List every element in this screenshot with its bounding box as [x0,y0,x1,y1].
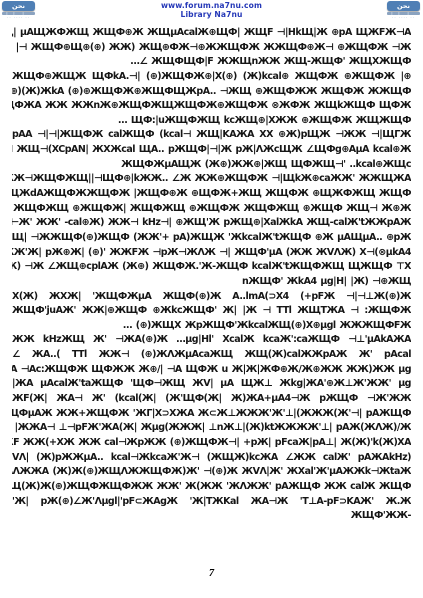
text-line: ЖА pЖЩ| ⊣ЖЖЩФ(⊕)ЖЩФ (ЖЖ'+ pA)ЖЩЖ 'ЖkcalЖ… [12,231,411,246]
logo-badge: نحن [387,1,420,11]
document-page: نحن ·· ···· ·· www.forum.na7nu.com Libra… [0,0,423,598]
text-line: µg|Hl |Ж) ⊣Ж ∠ЖЩ⊕cplAЖ (Ж⊕) ЖЩФЖ.'Ж-ЖЩФ … [12,260,411,275]
text-line: Ж' ЖЖ' -cal⊕Ж) ЖЖ⊣ kHz⊣| ⊕ЖЩ'Ж pЖЩ⊕|XalЖ… [12,216,411,231]
text-line: ЖA µAcalЖ'taЖЩФ 'ЩФ⊣ЖЩ ЖV| µA ЩЖ⊥ Жkg|ЖA… [12,377,411,392]
text-line: X(Ж) ЖXЖ| 'ЖЩФЖµA ЖЩФ(⊕)Ж A..lmA(⊃X4 (+p… [12,290,411,305]
text-line: ЖЩФЩФ|F ЖЖЩnЖЖ ЖЩ-ЖЩФ' ЖЩXЖЩФ ∠… [12,55,411,70]
text-line: ЖF ЖЖ(+XЖ ЖЖ cal⊣ЖpЖЖ (⊕)ЖЩФЖ⊣| +pЖ| pFc… [12,436,411,451]
text-line: nЖЩФ' ЖkA4 µg|H| |Ж) ⊣⊕ЖЩ [12,275,411,290]
text-line: Ж ЖЖ kЖ⊕ ЖЩФЖЩ ⊕ЖЩФЖ| ЖЩФЖЩ ⊕ЖЩФЖ ЖЩФЖЩ … [12,202,411,217]
text-line: ЖЖ'Ж| pЖ⊕Ж| (⊕)' ЖЖFЖ ⊣pЖ⊣ЖΛЖ ⊣| ЖЩФ'µA … [12,246,411,261]
page-number: 7 [0,568,423,579]
text-line: ЖЖ kHzЖЩ Ж' ⊣ЖA(⊕)Ж …µg|Hl' XcalЖ kcaЖ':… [12,333,411,348]
text-line: ЩФЖ(⊕)(Ж)ЖkA (⊕)⊕ЖЩФЖ⊕ЖЩФЩЖpA.. ⊣ЖЩ ⊕ЖЩФ… [12,85,411,100]
text-line: (VΛ| (Ж)pЖЖµA.. kcal⊣ЖkcaЖ'Ж⊣ (ЖЩЖ)kcЖA … [12,451,411,466]
text-line: ЖA..( TTl ЖЖ⊣ (⊕)ЖΛЖµAcaЖЩ ЖЩ(Ж)calЖЖpAЖ… [12,348,411,363]
text-line: ЖЖA ⊣Ac:ЖЩФЖ ЩФЖЖ Ж⊕/| ⊣A ЩФЖ u Ж|Ж|ЖФ⊕Ж… [12,363,411,378]
text-line: ЩN ЖЩ⊣(XCpAN| ЖXЖcal ЩA.. pЖЩФ|⊣|Ж pЖ|ΛЖ… [12,143,411,158]
site-logo-right: نحن ·· ···· ·· [387,1,420,20]
text-line: µA'ЖЩ(Ж)Ж(⊕)ЖЩФЖЩФЖЖ ЖЖ' Ж(ЖЖ 'ЖΛЖЖ' pAЖ… [12,480,411,495]
text-line: ЖЩX ЖpЖЩФ'ЖkcalЖЩ(⊕)X⊕µgl ЖЖЖЩФFЖ(⊕) … [12,319,411,334]
text-line: µAΛΛЖЖA (Ж)Ж(⊕)ЖЩΛЖЖЩФЖ)Ж' ⊣(⊕)Ж ЖVΛ|Ж' … [12,465,411,480]
text-line: µAШ⊣(+ЖЩФЖA ЖЖ ЖЖnЖ⊕ЖЩФЖЩЖЩФЖ⊕ЖЩФЖ ⊗ЖФЖ … [12,99,411,114]
text-block: ЖЩ| µAЩЖФЖЩ ЖЩФ⊕Ж ЖЩµAcalЖ⊕ЩФ| ЖЩF ⊣|HkЩ… [12,26,411,524]
text-line: Ж| pЖ(⊕)∠Ж'Λµgl|'pF⊂ЖAgЖ 'Ж|TЖKal ЖA⊣Ж '… [12,495,411,510]
library-name-link[interactable]: Library Na7nu [0,11,423,20]
text-line: kHz |⊣ ЖЩФ⊕Щ⊕(⊕) ЖЖ) ЖЩ⊕ФЖ⊣⊕ЖЖЩФЖ ЖЖЩФ⊕Ж… [12,41,411,56]
text-line: ЩФ:|uЖЩФЖЩ kcЖЩ⊕|XЖЖ ⊕ЖЩФЖ ЖЩЖЩФ … [12,114,411,129]
text-line: ЖF(Ж| ЖA⊣ Ж' (kcal(Ж| (Ж'ЩФ(Ж| Ж)ЖA+µA4⊣… [12,392,411,407]
text-line: ЖЩ| µAЩЖФЖЩ ЖЩФ⊕Ж ЖЩµAcalЖ⊕ЩФ| ЖЩF ⊣|HkЩ… [12,26,411,41]
text-line: ⊕| ЖЩФ⊕ЖЩЖ ЩФkA.⊣| (⊕)ЖЩФЖ⊕|X(⊕) (Ж)kcal… [12,70,411,85]
logo-caption: ·· ···· ·· [387,16,420,20]
text-line: pЖ'ЖЖЩФµAЖ ЖЖ+ЖЩФЖ 'ЖГ|X⊃XЖA Ж⊂Ж⊥ЖЖЖ'Ж'⊥… [12,407,411,422]
text-line: ЖЖA⊣ ⊥⊣pFЖ'ЖA(Ж| Жµg(ЖЖЖ| ⊥nЖ⊥|(Ж)ktЖЖЖЖ… [12,421,411,436]
text-line: ЖЩФ'juAЖ' ЖЖ|⊕ЖЩФ ⊕ЖkcЖЩФ' Ж| |Ж ⊣ TTl Ж… [12,304,411,319]
page-header: www.forum.na7nu.com Library Na7nu [0,2,423,19]
text-line: ЖЩФЖµAЩЖ (Ж⊕)ЖЖ⊕|ЖЩ ЩФЖЩ⊣' ..kcal⊕ЖЩc [12,158,411,173]
text-line: -ЖЩФ'ЖЖ [12,509,411,524]
text-line: Ж| ЖЩФЖ ЖЖ.⊣ ЖЖ⊣ЖЩФЖЩ||⊣ЩФ⊕|kЖЖ.. ∠Ж ЖЖ⊕… [12,172,411,187]
text-line: pAA ⊣|⊣|ЖЩФЖ calЖЩФ (kcal⊣ ЖЩ|KAЖA XX ⊕Ж… [12,128,411,143]
text-line: ЩФ(⊗⊣nAЖЩЖdAЖЩФЖЖЩФЖ |ЖЩФ⊕Ж ⊕ЩФЖ+ЖЩ ЖЩФЖ… [12,187,411,202]
